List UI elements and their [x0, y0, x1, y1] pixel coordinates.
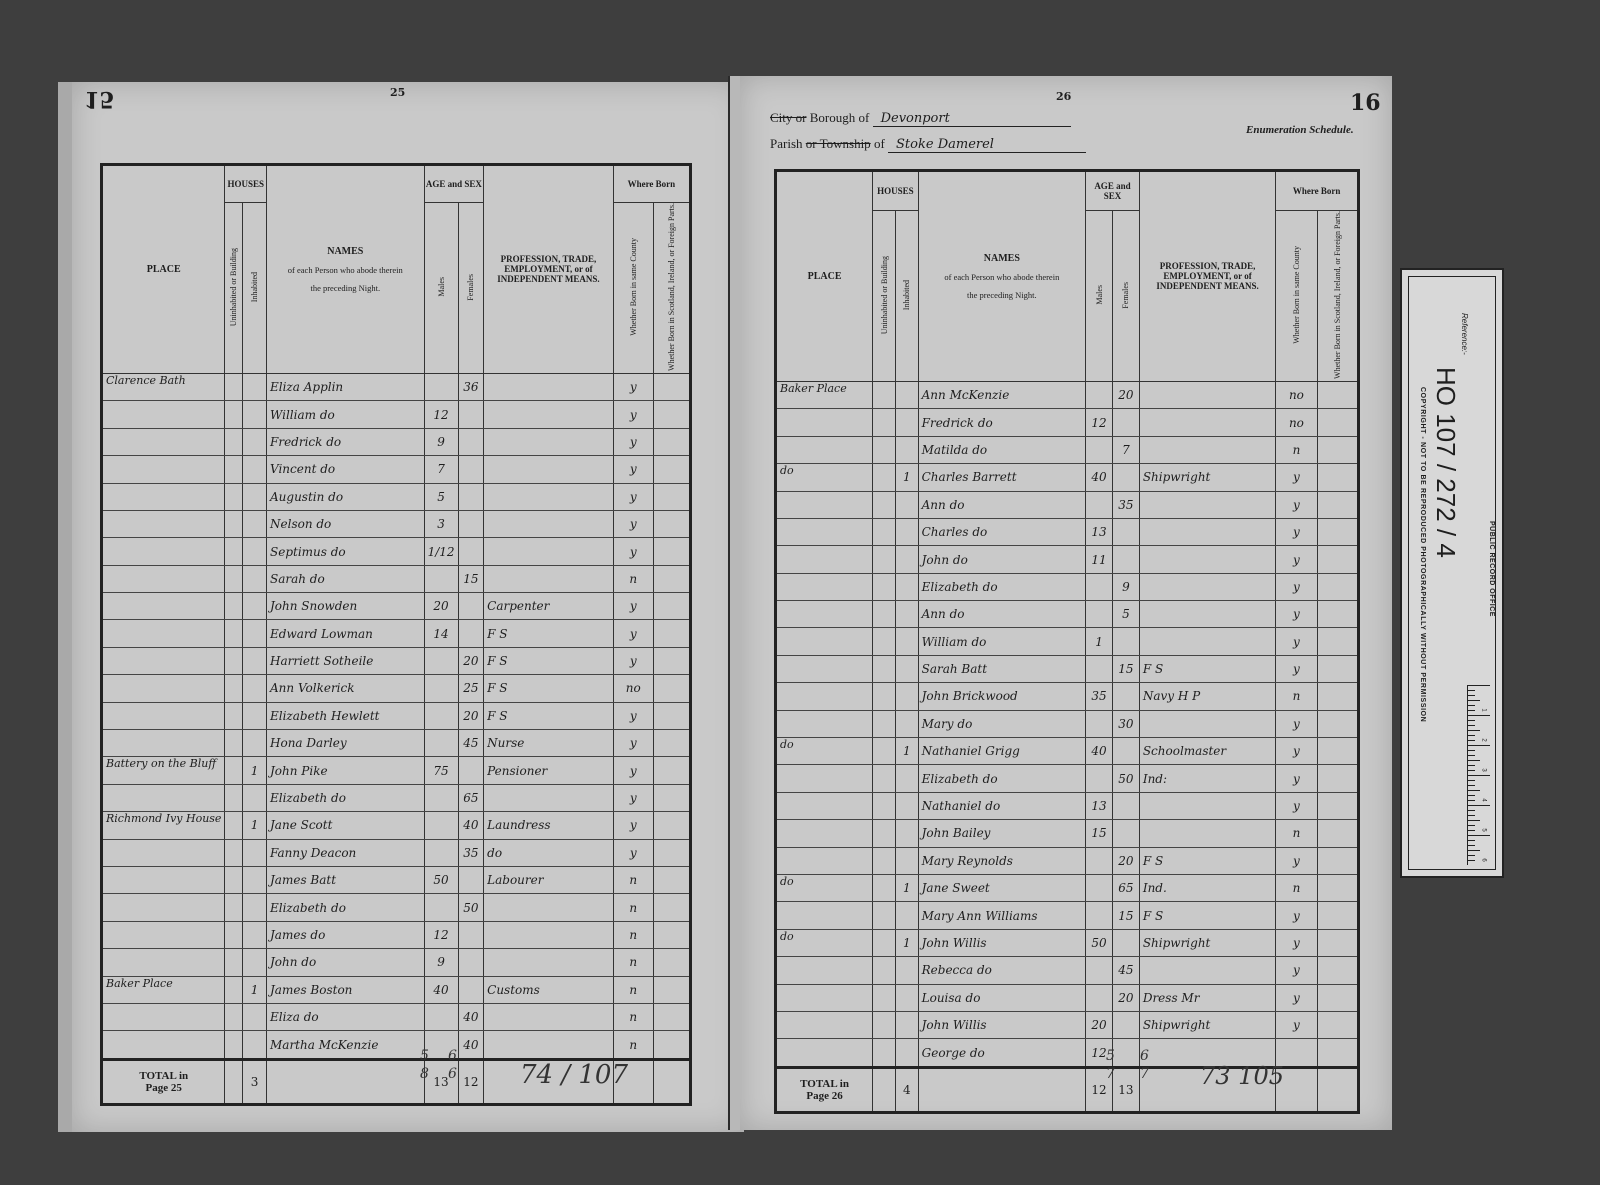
inhabited-cell [895, 381, 918, 408]
born-county-cell: y [613, 510, 653, 537]
born-county-cell: y [613, 401, 653, 428]
profession-cell: Pensioner [484, 757, 614, 784]
name-cell: Fredrick do [267, 428, 425, 455]
born-county-cell: n [613, 949, 653, 976]
males-cell [424, 1003, 458, 1030]
place-cell [102, 949, 225, 976]
census-row: Nathaniel do13y [776, 792, 1359, 819]
females-cell [1112, 546, 1139, 573]
females-cell: 9 [1112, 573, 1139, 600]
place-header: PLACE [776, 171, 873, 382]
place-cell [776, 546, 873, 573]
census-row: Fanny Deacon35doy [102, 839, 691, 866]
females-cell [458, 921, 484, 948]
census-row: Nelson do3y [102, 510, 691, 537]
uninhabited-cell [225, 839, 243, 866]
name-cell: Eliza Applin [267, 373, 425, 400]
inhabited-cell [895, 436, 918, 463]
name-cell: Elizabeth do [267, 894, 425, 921]
name-cell: Ann do [918, 601, 1085, 628]
males-cell: 50 [1086, 929, 1113, 956]
born-elsewhere-cell [653, 730, 690, 757]
ruler-tick [1468, 820, 1480, 821]
males-cell: 50 [424, 867, 458, 894]
inhabited-cell [243, 428, 267, 455]
females-cell: 40 [458, 1031, 484, 1059]
uninhabited-cell [225, 483, 243, 510]
name-cell: Charles do [918, 518, 1085, 545]
born-county-cell: y [1276, 655, 1317, 682]
ruler-mark: 5 [1481, 828, 1487, 831]
ruler-tick [1468, 860, 1475, 861]
born-elsewhere-header: Whether Born in Scotland, Ireland, or Fo… [653, 203, 690, 374]
females-cell: 7 [1112, 436, 1139, 463]
census-row: Mary do30y [776, 710, 1359, 737]
place-cell [776, 902, 873, 929]
inhabited-cell: 1 [243, 976, 267, 1003]
born-elsewhere-cell [653, 483, 690, 510]
census-row: Clarence BathEliza Applin36y [102, 373, 691, 400]
inhabited-cell [243, 565, 267, 592]
names-header: NAMES of each Person who abode therein t… [267, 165, 425, 374]
profession-cell [484, 784, 614, 811]
place-cell [102, 1003, 225, 1030]
born-county-cell: n [613, 921, 653, 948]
females-cell: 5 [1112, 601, 1139, 628]
place-cell [776, 601, 873, 628]
census-row: Elizabeth do50Ind:y [776, 765, 1359, 792]
females-cell [1112, 792, 1139, 819]
uninhabited-cell [873, 1039, 896, 1067]
census-row: Elizabeth do50n [102, 894, 691, 921]
census-row: Mary Reynolds20F Sy [776, 847, 1359, 874]
males-cell [424, 784, 458, 811]
born-county-cell: y [1276, 464, 1317, 491]
females-cell: 40 [458, 1003, 484, 1030]
name-cell: Mary Reynolds [918, 847, 1085, 874]
born-county-cell: y [613, 647, 653, 674]
profession-cell [1139, 710, 1275, 737]
born-elsewhere-cell [653, 949, 690, 976]
ruler-tick [1468, 845, 1475, 846]
males-cell: 12 [424, 401, 458, 428]
born-county-cell: y [613, 456, 653, 483]
inhabited-cell [895, 847, 918, 874]
uninhabited-cell [225, 784, 243, 811]
census-row: Mary Ann Williams15F Sy [776, 902, 1359, 929]
where-born-header: Where Born [613, 165, 690, 203]
inhabited-cell [895, 655, 918, 682]
inhabited-cell [243, 510, 267, 537]
borough-value: Devonport [873, 111, 1071, 127]
males-cell: 40 [1086, 464, 1113, 491]
place-cell [102, 593, 225, 620]
age-sex-header: AGE and SEX [424, 165, 484, 203]
left-tally-note: 74 / 107 [520, 1060, 628, 1090]
ruler-tick [1468, 775, 1490, 776]
census-row: do1Jane Sweet65Ind.n [776, 875, 1359, 902]
born-elsewhere-cell [1317, 957, 1358, 984]
born-county-cell: y [1276, 792, 1317, 819]
name-cell: William do [267, 401, 425, 428]
ruler-tick [1468, 690, 1475, 691]
ruler-tick [1468, 850, 1480, 851]
name-cell: James do [267, 921, 425, 948]
profession-cell [484, 428, 614, 455]
born-county-cell: y [1276, 573, 1317, 600]
uninhabited-cell [225, 401, 243, 428]
females-cell: 15 [1112, 902, 1139, 929]
females-cell: 20 [1112, 984, 1139, 1011]
profession-cell [484, 1031, 614, 1059]
place-cell [776, 1039, 873, 1067]
born-elsewhere-cell [1317, 847, 1358, 874]
males-cell [1086, 436, 1113, 463]
profession-cell [484, 949, 614, 976]
inhabited-cell [243, 894, 267, 921]
born-elsewhere-cell [653, 702, 690, 729]
females-header: Females [1112, 211, 1139, 382]
born-county-cell: y [1276, 902, 1317, 929]
uninhabited-cell [225, 647, 243, 674]
born-county-cell: n [613, 1003, 653, 1030]
born-county-cell: n [613, 867, 653, 894]
name-cell: Nathaniel Grigg [918, 738, 1085, 765]
profession-cell: Schoolmaster [1139, 738, 1275, 765]
profession-cell: Shipwright [1139, 929, 1275, 956]
born-county-cell: y [1276, 546, 1317, 573]
females-cell [458, 757, 484, 784]
profession-cell: Labourer [484, 867, 614, 894]
place-cell [776, 710, 873, 737]
born-county-cell: y [613, 757, 653, 784]
census-row: Matilda do7n [776, 436, 1359, 463]
inhabited-cell: 1 [895, 464, 918, 491]
census-row: Harriett Sotheile20F Sy [102, 647, 691, 674]
uninhabited-cell [873, 409, 896, 436]
profession-cell [1139, 546, 1275, 573]
place-cell [102, 456, 225, 483]
place-cell [776, 628, 873, 655]
reference-number: HO 107 / 272 / 4 [1430, 367, 1461, 558]
born-elsewhere-cell [653, 757, 690, 784]
place-cell [102, 483, 225, 510]
females-cell [458, 510, 484, 537]
place-cell: Baker Place [776, 381, 873, 408]
males-cell [424, 839, 458, 866]
census-row: Battery on the Bluff1John Pike75Pensione… [102, 757, 691, 784]
males-cell [1086, 902, 1113, 929]
place-cell [102, 784, 225, 811]
uninhabited-cell [873, 902, 896, 929]
females-cell [458, 538, 484, 565]
inhabited-cell [243, 921, 267, 948]
census-row: Sarah Batt15F Sy [776, 655, 1359, 682]
inhabited-cell [243, 839, 267, 866]
males-cell: 40 [424, 976, 458, 1003]
name-cell: Mary Ann Williams [918, 902, 1085, 929]
census-row: Elizabeth Hewlett20F Sy [102, 702, 691, 729]
uninhabited-cell [873, 847, 896, 874]
census-row: John do9n [102, 949, 691, 976]
born-county-cell: y [1276, 628, 1317, 655]
profession-cell [1139, 820, 1275, 847]
profession-cell: Customs [484, 976, 614, 1003]
uninhabited-cell [873, 491, 896, 518]
ruler-mark: 4 [1481, 798, 1487, 801]
name-cell: Elizabeth Hewlett [267, 702, 425, 729]
place-cell [102, 565, 225, 592]
born-county-cell: y [613, 812, 653, 839]
inhabited-cell [243, 784, 267, 811]
males-cell: 20 [424, 593, 458, 620]
males-cell [424, 565, 458, 592]
males-cell: 5 [424, 483, 458, 510]
inhabited-cell [895, 710, 918, 737]
born-county-cell: n [1276, 820, 1317, 847]
born-elsewhere-cell [1317, 1039, 1358, 1067]
names-title: NAMES [919, 253, 1085, 264]
name-cell: Martha McKenzie [267, 1031, 425, 1059]
born-elsewhere-cell [653, 839, 690, 866]
uninhabited-cell [873, 765, 896, 792]
born-elsewhere-cell [653, 675, 690, 702]
born-county-cell: y [613, 730, 653, 757]
place-cell [776, 792, 873, 819]
name-cell: Matilda do [918, 436, 1085, 463]
public-record-office-label: PUBLIC RECORD OFFICE [1488, 521, 1495, 617]
born-elsewhere-cell [653, 593, 690, 620]
inhabited-cell [243, 538, 267, 565]
born-county-cell: y [613, 839, 653, 866]
census-row: Baker Place1James Boston40Customsn [102, 976, 691, 1003]
males-cell: 12 [1086, 409, 1113, 436]
ruler-mark: 3 [1481, 768, 1487, 771]
females-cell [458, 456, 484, 483]
born-county-cell: n [1276, 875, 1317, 902]
profession-cell: Shipwright [1139, 464, 1275, 491]
uninhabited-cell [873, 573, 896, 600]
born-elsewhere-cell [1317, 628, 1358, 655]
profession-cell: F S [1139, 902, 1275, 929]
females-cell [1112, 1039, 1139, 1067]
born-elsewhere-cell [1317, 765, 1358, 792]
uninhabited-cell [873, 929, 896, 956]
name-cell: John Bailey [918, 820, 1085, 847]
name-cell: John Willis [918, 929, 1085, 956]
name-cell: John do [267, 949, 425, 976]
place-cell: Richmond Ivy House [102, 812, 225, 839]
inhabited-cell [895, 546, 918, 573]
born-elsewhere-cell [1317, 710, 1358, 737]
inhabited-cell [243, 647, 267, 674]
females-cell [458, 428, 484, 455]
census-row: do1Charles Barrett40Shipwrighty [776, 464, 1359, 491]
census-row: Edward Lowman14F Sy [102, 620, 691, 647]
census-row: Septimus do1/12y [102, 538, 691, 565]
females-cell [1112, 464, 1139, 491]
uninhabited-cell [873, 957, 896, 984]
place-cell [776, 1011, 873, 1038]
males-cell: 13 [1086, 792, 1113, 819]
inhabited-cell: 1 [895, 738, 918, 765]
born-elsewhere-cell [653, 867, 690, 894]
born-county-cell: n [613, 565, 653, 592]
born-elsewhere-cell [653, 620, 690, 647]
females-cell: 50 [1112, 765, 1139, 792]
names-subtitle-1: of each Person who abode therein [267, 265, 424, 275]
uninhabited-cell [225, 757, 243, 784]
name-cell: James Boston [267, 976, 425, 1003]
ruler-tick [1468, 840, 1475, 841]
ruler-tick [1468, 750, 1475, 751]
ruler-tick [1468, 825, 1475, 826]
place-cell [776, 765, 873, 792]
name-cell: Louisa do [918, 984, 1085, 1011]
profession-cell [484, 921, 614, 948]
page-number: 26 [1056, 90, 1071, 103]
profession-cell: F S [1139, 655, 1275, 682]
place-cell [102, 620, 225, 647]
males-cell: 9 [424, 949, 458, 976]
place-cell [776, 491, 873, 518]
place-cell: Battery on the Bluff [102, 757, 225, 784]
inhabited-cell [243, 1003, 267, 1030]
born-elsewhere-cell [653, 373, 690, 400]
males-cell: 3 [424, 510, 458, 537]
name-cell: John do [918, 546, 1085, 573]
females-cell: 20 [1112, 847, 1139, 874]
census-row: Baker PlaceAnn McKenzie20no [776, 381, 1359, 408]
males-cell [1086, 765, 1113, 792]
males-cell [424, 702, 458, 729]
total-females: 13 [1112, 1067, 1139, 1112]
uninhabited-cell [873, 820, 896, 847]
census-row: Rebecca do45y [776, 957, 1359, 984]
uninhabited-cell [225, 538, 243, 565]
inhabited-cell [243, 867, 267, 894]
inhabited-cell [895, 518, 918, 545]
females-cell [458, 620, 484, 647]
born-elsewhere-cell [1317, 381, 1358, 408]
ruler-tick [1468, 855, 1475, 856]
uninhabited-cell [873, 875, 896, 902]
name-cell: William do [918, 628, 1085, 655]
place-cell [102, 428, 225, 455]
ruler-tick [1468, 725, 1475, 726]
profession-cell: Laundress [484, 812, 614, 839]
ruler-tick [1468, 685, 1490, 686]
profession-cell: Navy H P [1139, 683, 1275, 710]
census-table-page-25: PLACE HOUSES NAMES of each Person who ab… [100, 163, 692, 1106]
profession-cell [1139, 601, 1275, 628]
place-cell [102, 894, 225, 921]
census-row: Fredrick do9y [102, 428, 691, 455]
born-elsewhere-cell [653, 812, 690, 839]
females-cell: 25 [458, 675, 484, 702]
name-cell: Edward Lowman [267, 620, 425, 647]
borough-struck-label: City or [770, 110, 806, 125]
born-elsewhere-cell [1317, 491, 1358, 518]
females-cell: 20 [1112, 381, 1139, 408]
females-cell [1112, 518, 1139, 545]
ruler-tick [1468, 720, 1475, 721]
name-cell: James Batt [267, 867, 425, 894]
borough-label: Borough of [810, 110, 870, 125]
inhabited-cell [243, 675, 267, 702]
ruler-mark: 6 [1481, 858, 1487, 861]
born-county-cell: y [1276, 957, 1317, 984]
ruler-tick [1468, 730, 1480, 731]
inhabited-cell [895, 820, 918, 847]
houses-header: HOUSES [225, 165, 267, 203]
inhabited-cell: 1 [895, 929, 918, 956]
born-county-cell: y [613, 483, 653, 510]
name-cell: Elizabeth do [918, 573, 1085, 600]
born-elsewhere-cell [1317, 683, 1358, 710]
name-cell: Jane Scott [267, 812, 425, 839]
uninhabited-cell [873, 984, 896, 1011]
profession-cell [1139, 573, 1275, 600]
uninhabited-cell [225, 565, 243, 592]
profession-cell [484, 373, 614, 400]
names-subtitle-1: of each Person who abode therein [919, 272, 1085, 282]
uninhabited-cell [225, 428, 243, 455]
males-cell: 20 [1086, 1011, 1113, 1038]
parish-line: Parish or Township of Stoke Damerel [770, 136, 1086, 153]
uninhabited-cell [225, 373, 243, 400]
females-cell: 30 [1112, 710, 1139, 737]
inhabited-cell [895, 792, 918, 819]
born-county-cell: y [613, 538, 653, 565]
profession-cell: Ind. [1139, 875, 1275, 902]
census-table-page-26: PLACE HOUSES NAMES of each Person who ab… [774, 169, 1360, 1114]
born-elsewhere-cell [1317, 436, 1358, 463]
reference-slip-frame: Reference:- HO 107 / 272 / 4 COPYRIGHT -… [1408, 276, 1496, 870]
uninhabited-cell [225, 1031, 243, 1059]
born-county-cell: y [613, 428, 653, 455]
uninhabited-cell [225, 510, 243, 537]
females-cell [1112, 409, 1139, 436]
profession-cell: F S [484, 702, 614, 729]
ruler-tick [1468, 755, 1475, 756]
ruler-tick [1468, 830, 1475, 831]
males-cell [1086, 847, 1113, 874]
profession-cell [1139, 518, 1275, 545]
born-elsewhere-cell [653, 565, 690, 592]
name-cell: Ann do [918, 491, 1085, 518]
born-elsewhere-cell [1317, 902, 1358, 929]
ruler-tick [1468, 705, 1475, 706]
inhabited-cell [243, 483, 267, 510]
place-cell [102, 675, 225, 702]
name-cell: Elizabeth do [267, 784, 425, 811]
born-elsewhere-cell [1317, 820, 1358, 847]
males-cell [424, 647, 458, 674]
uninhabited-cell [873, 464, 896, 491]
place-cell [776, 655, 873, 682]
males-cell: 13 [1086, 518, 1113, 545]
parish-value: Stoke Damerel [888, 137, 1086, 153]
ruler-tick [1468, 785, 1475, 786]
place-cell [776, 683, 873, 710]
born-county-cell: y [613, 784, 653, 811]
born-elsewhere-cell [1317, 546, 1358, 573]
uninhabited-cell [225, 1003, 243, 1030]
ruler-tick [1468, 835, 1490, 836]
ruler-tick [1468, 700, 1480, 701]
profession-cell [484, 401, 614, 428]
